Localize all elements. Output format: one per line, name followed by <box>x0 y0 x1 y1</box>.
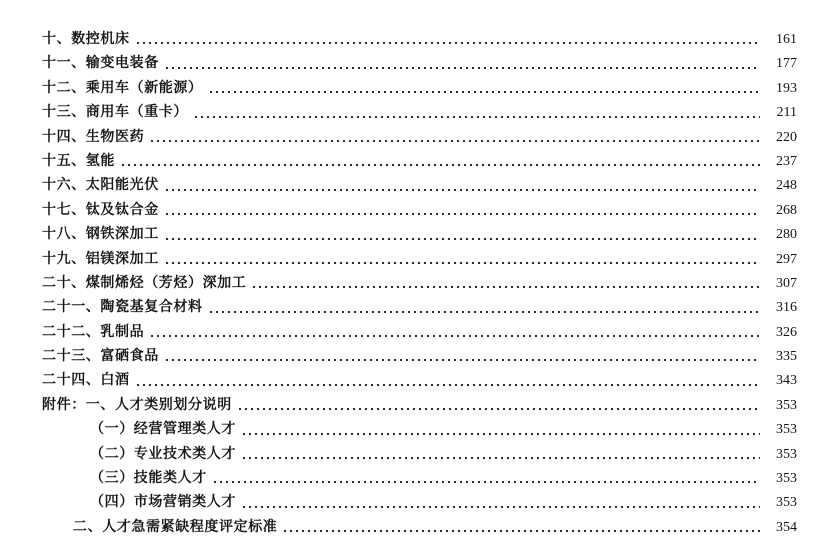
dot-leader <box>164 237 760 241</box>
toc-entry-label: 十、数控机床 <box>42 28 130 52</box>
dot-leader <box>149 139 760 143</box>
dot-leader <box>193 115 760 119</box>
toc-entry-label: （二）专业技术类人才 <box>90 443 236 467</box>
toc-page-number: 280 <box>771 223 797 247</box>
toc-entry-label: 十五、氢能 <box>42 150 115 174</box>
dot-leader <box>120 163 760 167</box>
toc-entry[interactable]: 十一、输变电装备 177 <box>42 52 797 76</box>
toc-entry[interactable]: 二十三、富硒食品 335 <box>42 345 797 369</box>
toc-entry[interactable]: 二十一、陶瓷基复合材料 316 <box>42 296 797 320</box>
dot-leader <box>208 90 760 94</box>
dot-leader <box>237 407 760 411</box>
toc-page-number: 353 <box>771 467 797 491</box>
dot-leader <box>251 285 760 289</box>
toc-entry-label: 十七、钛及钛合金 <box>42 199 159 223</box>
toc-page-number: 248 <box>771 174 797 198</box>
toc-entry[interactable]: 十八、钢铁深加工 280 <box>42 223 797 247</box>
toc-page-number: 353 <box>771 394 797 418</box>
dot-leader <box>149 334 760 338</box>
toc-entry-label: 十八、钢铁深加工 <box>42 223 159 247</box>
toc-entry[interactable]: （四）市场营销类人才 353 <box>42 491 797 515</box>
toc-entry[interactable]: 十四、生物医药 220 <box>42 126 797 150</box>
toc-page-number: 211 <box>771 101 797 125</box>
toc-page-number: 353 <box>771 443 797 467</box>
toc-entry[interactable]: 十九、铝镁深加工 297 <box>42 248 797 272</box>
toc-page-number: 161 <box>771 28 797 52</box>
toc-entry[interactable]: 十二、乘用车（新能源） 193 <box>42 77 797 101</box>
toc-entry[interactable]: 十五、氢能 237 <box>42 150 797 174</box>
toc-entry-label: 二十四、白酒 <box>42 369 130 393</box>
toc-entry-label: 二、人才急需紧缺程度评定标准 <box>73 516 277 540</box>
toc-page-number: 326 <box>771 321 797 345</box>
toc-entry-label: （四）市场营销类人才 <box>90 491 236 515</box>
toc-entry[interactable]: 二十、煤制烯烃（芳烃）深加工 307 <box>42 272 797 296</box>
dot-leader <box>241 432 760 436</box>
toc-page-number: 316 <box>771 296 797 320</box>
toc-entry-label: 二十一、陶瓷基复合材料 <box>42 296 203 320</box>
dot-leader <box>208 310 760 314</box>
toc-entry[interactable]: （二）专业技术类人才 353 <box>42 443 797 467</box>
toc-page-number: 220 <box>771 126 797 150</box>
dot-leader <box>164 261 760 265</box>
dot-leader <box>241 456 760 460</box>
toc-page-number: 237 <box>771 150 797 174</box>
dot-leader <box>212 480 760 484</box>
toc-entry-label: 十六、太阳能光伏 <box>42 174 159 198</box>
toc-page-number: 335 <box>771 345 797 369</box>
toc-entry-label: （三）技能类人才 <box>90 467 207 491</box>
toc-entry-label: 二十、煤制烯烃（芳烃）深加工 <box>42 272 246 296</box>
toc-entry[interactable]: 二十二、乳制品 326 <box>42 321 797 345</box>
toc-page-number: 353 <box>771 491 797 515</box>
toc-entry[interactable]: （三）技能类人才 353 <box>42 467 797 491</box>
dot-leader <box>241 505 760 509</box>
document-page: 十、数控机床 161 十一、输变电装备 177 十二、乘用车（新能源） 193 … <box>0 0 819 558</box>
toc-entry[interactable]: 二、人才急需紧缺程度评定标准 354 <box>42 516 797 540</box>
toc-page-number: 177 <box>771 52 797 76</box>
dot-leader <box>282 529 760 533</box>
toc-entry-label: 二十三、富硒食品 <box>42 345 159 369</box>
toc-list: 十、数控机床 161 十一、输变电装备 177 十二、乘用车（新能源） 193 … <box>0 0 819 540</box>
toc-entry-label: 十九、铝镁深加工 <box>42 248 159 272</box>
toc-entry[interactable]: （一）经营管理类人才 353 <box>42 418 797 442</box>
dot-leader <box>164 358 760 362</box>
toc-entry[interactable]: 二十四、白酒 343 <box>42 369 797 393</box>
toc-entry[interactable]: 十、数控机床 161 <box>42 28 797 52</box>
toc-entry-label: （一）经营管理类人才 <box>90 418 236 442</box>
toc-entry[interactable]: 十七、钛及钛合金 268 <box>42 199 797 223</box>
dot-leader <box>135 383 760 387</box>
toc-page-number: 353 <box>771 418 797 442</box>
toc-page-number: 343 <box>771 369 797 393</box>
toc-entry-label: 二十二、乳制品 <box>42 321 144 345</box>
toc-page-number: 307 <box>771 272 797 296</box>
toc-entry[interactable]: 附件：一、人才类别划分说明 353 <box>42 394 797 418</box>
toc-page-number: 193 <box>771 77 797 101</box>
toc-entry-label: 十三、商用车（重卡） <box>42 101 188 125</box>
toc-entry-label: 十四、生物医药 <box>42 126 144 150</box>
toc-entry[interactable]: 十三、商用车（重卡） 211 <box>42 101 797 125</box>
toc-page-number: 354 <box>771 516 797 540</box>
toc-page-number: 268 <box>771 199 797 223</box>
dot-leader <box>135 41 760 45</box>
toc-page-number: 297 <box>771 248 797 272</box>
dot-leader <box>164 212 760 216</box>
dot-leader <box>164 66 760 70</box>
toc-entry-label: 附件：一、人才类别划分说明 <box>42 394 232 418</box>
toc-entry-label: 十二、乘用车（新能源） <box>42 77 203 101</box>
toc-entry[interactable]: 十六、太阳能光伏 248 <box>42 174 797 198</box>
dot-leader <box>164 188 760 192</box>
toc-entry-label: 十一、输变电装备 <box>42 52 159 76</box>
